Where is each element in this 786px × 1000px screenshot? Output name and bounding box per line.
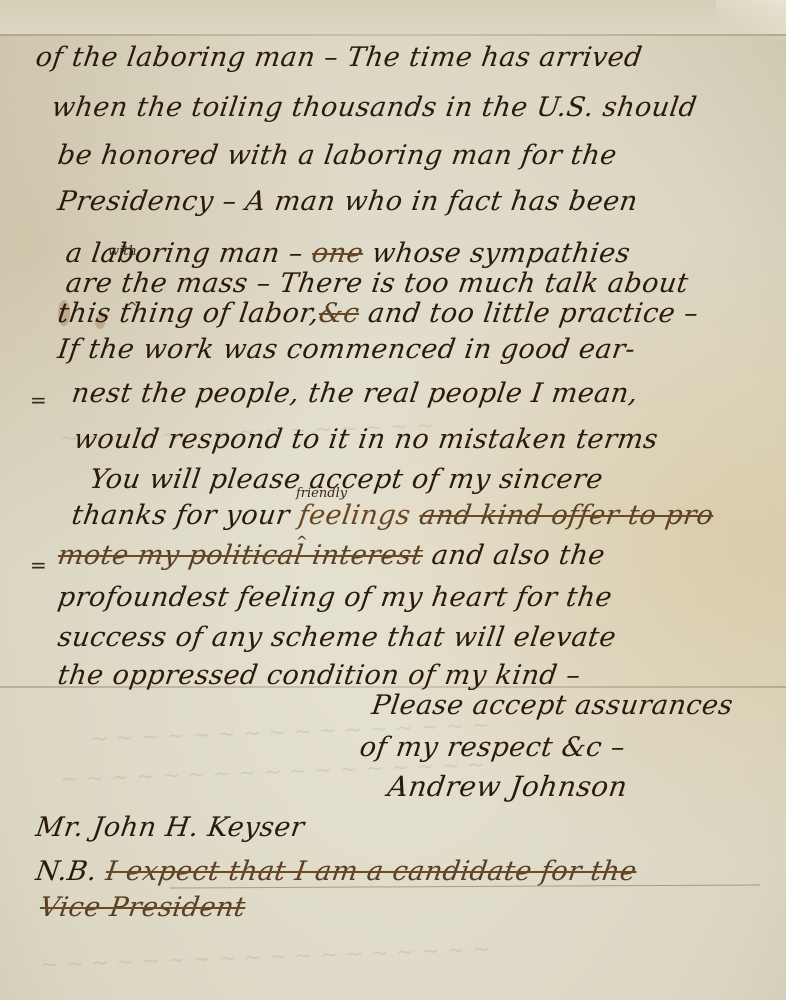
line-text: are <box>64 268 115 299</box>
margin-hyphen-mark: = <box>30 553 47 577</box>
letter-line: when the toiling thousands in the U.S. s… <box>50 92 699 123</box>
letter-line: mote my political interest and also the <box>56 540 607 571</box>
addressee: Mr. John H. Keyser <box>34 812 307 843</box>
closing-line: of my respect &c – <box>358 732 627 763</box>
struck-word: &c <box>317 298 362 329</box>
line-text: a laboring man – <box>64 238 314 269</box>
struck-phrase: mote my political interest <box>56 540 425 571</box>
struck-phrase: I expect that I am a candidate for the <box>104 856 639 887</box>
line-text: the mass – There is too much talk about <box>110 268 690 299</box>
struck-phrase: Vice President <box>38 892 248 923</box>
struck-phrase: and kind offer to pro <box>417 500 715 531</box>
bleed-through: ~ ~ ~ ~ ~ ~ ~ ~ ~ ~ ~ ~ ~ ~ ~ ~ ~ ~ <box>40 937 491 978</box>
insertion-above-line: with <box>108 244 137 259</box>
signature: Andrew Johnson <box>386 770 630 803</box>
insertion-above-line: friendly <box>296 486 347 501</box>
letter-line: Presidency – A man who in fact has been <box>56 186 640 217</box>
letter-line: are the mass – There is too much talk ab… <box>64 268 691 299</box>
letter-line: If the work was commenced in good ear- <box>56 334 638 365</box>
letter-line: profoundest feeling of my heart for the <box>56 582 614 613</box>
letter-page: ~ ~ ~ ~ ~ ~ ~ ~ ~ ~ ~ ~ ~ ~ ~ ~ ~ ~ ~ ~ … <box>0 0 786 1000</box>
letter-line: of the laboring man – The time has arriv… <box>34 42 644 73</box>
margin-hyphen-mark: = <box>30 388 47 412</box>
line-text: whose sympathies <box>361 238 632 269</box>
postscript-line: N.B. I expect that I am a candidate for … <box>34 856 639 887</box>
letter-line: this thing of labor,&c and too little pr… <box>56 298 701 329</box>
line-text: thanks for your <box>70 500 301 531</box>
letter-line: the oppressed condition of my kind – <box>56 660 583 691</box>
postscript-line: Vice President <box>38 892 248 923</box>
letter-line: thanks for your feelings and kind offer … <box>70 500 716 531</box>
letter-line: be honored with a laboring man for the <box>56 140 619 171</box>
line-text: this thing of labor, <box>56 298 321 329</box>
line-text: and also the <box>421 540 607 571</box>
letter-line: would respond to it in no mistaken terms <box>72 424 660 455</box>
closing-line: Please accept assurances <box>370 690 735 721</box>
paper-top-edge <box>0 0 786 34</box>
line-text: and too little practice – <box>357 298 700 329</box>
letter-line: success of any scheme that will elevate <box>56 622 618 653</box>
letter-line: nest the people, the real people I mean, <box>70 378 640 409</box>
postscript-prefix: N.B. <box>34 856 108 887</box>
paper-fold-top <box>0 34 786 36</box>
struck-word: one <box>310 238 365 269</box>
line-text: feelings <box>296 500 421 531</box>
letter-line: a laboring man – one whose sympathies <box>64 238 633 269</box>
